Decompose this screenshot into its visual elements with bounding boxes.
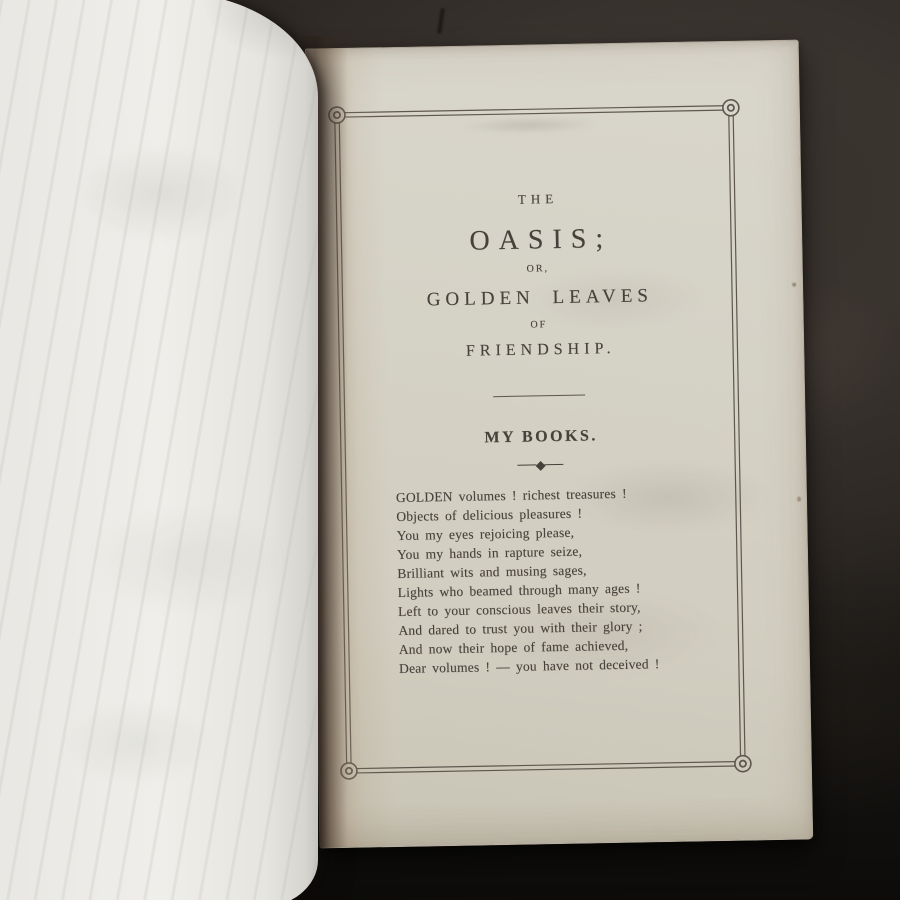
title-line-of: OF <box>341 317 735 334</box>
divider-bar <box>517 465 536 467</box>
title-line-oasis: OASIS; <box>339 223 733 258</box>
poem: GOLDEN volumes ! richest treasures ! Obj… <box>344 482 741 679</box>
printed-page-content: THE OASIS; OR, GOLDEN LEAVES OF FRIENDSH… <box>338 189 741 679</box>
bullseye-corner-ornament-icon <box>735 756 751 772</box>
title-line-golden-leaves: GOLDEN LEAVES <box>340 284 734 310</box>
diamond-divider <box>517 461 563 469</box>
bullseye-corner-ornament-icon <box>341 763 357 779</box>
photo-scene: THE OASIS; OR, GOLDEN LEAVES OF FRIENDSH… <box>0 0 900 900</box>
title-page: THE OASIS; OR, GOLDEN LEAVES OF FRIENDSH… <box>305 40 814 849</box>
foxing-spot <box>792 283 796 287</box>
facing-page <box>0 0 318 900</box>
facing-page-ghost-text <box>0 0 318 900</box>
diamond-ornament-icon <box>536 461 545 470</box>
divider-bar <box>545 464 564 466</box>
section-divider-rule <box>493 394 585 397</box>
title-line-or: OR, <box>340 261 734 278</box>
title-line-friendship: FRIENDSHIP. <box>341 339 735 362</box>
section-heading: MY BOOKS. <box>343 426 737 449</box>
bullseye-corner-ornament-icon <box>723 100 739 116</box>
bullseye-corner-ornament-icon <box>329 107 345 123</box>
foxing-spot <box>797 497 801 502</box>
